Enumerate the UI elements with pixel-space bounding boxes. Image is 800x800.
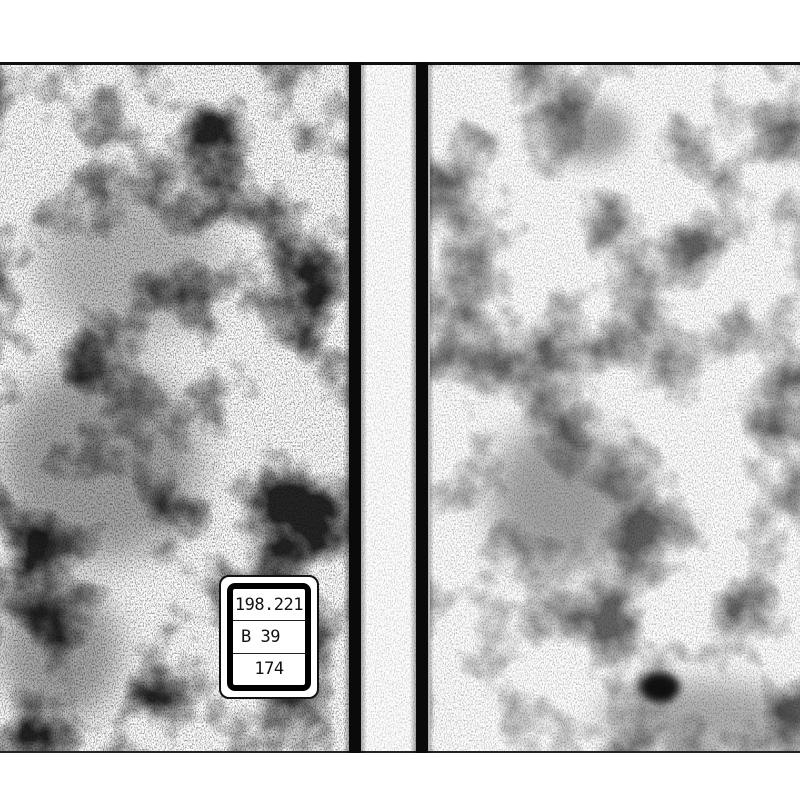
call-number-class: 198.221 — [233, 589, 305, 620]
call-number-frame: 198.221 B 39 174 — [227, 583, 311, 691]
spine-right-hinge — [416, 62, 428, 753]
call-number-item: 174 — [233, 653, 305, 685]
stain — [40, 182, 220, 342]
book-cover — [0, 62, 800, 753]
stain — [0, 582, 120, 722]
stain — [0, 362, 200, 562]
cover-top-edge — [0, 62, 800, 65]
cover-bottom-edge — [0, 751, 800, 753]
stain — [540, 102, 630, 162]
stain — [490, 422, 630, 572]
stain — [600, 682, 800, 752]
call-number-label: 198.221 B 39 174 — [219, 575, 319, 699]
spine-left-hinge — [349, 62, 361, 753]
call-number-cutter: B 39 — [233, 620, 305, 652]
